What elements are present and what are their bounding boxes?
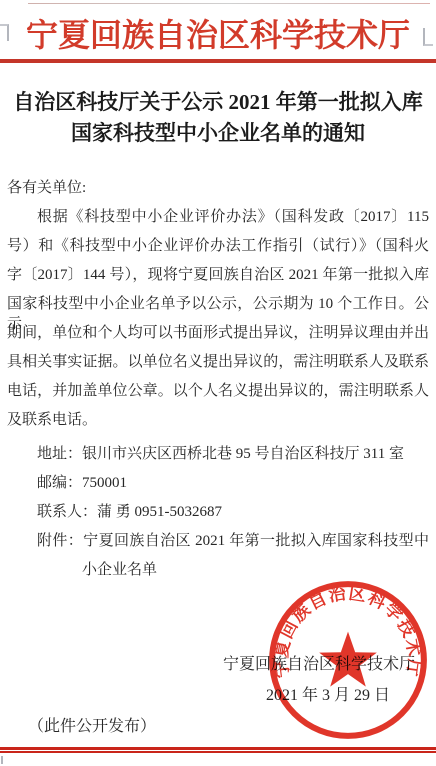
body-paragraph-line: 字〔2017〕144 号），现将宁夏回族自治区 2021 年第一批拟入库 <box>7 265 429 294</box>
footer-double-rule <box>0 747 436 753</box>
signature-org-name: 宁夏回族自治区科学技术厅 <box>0 651 436 674</box>
body-paragraph-line: 具相关事实证据。以单位名义提出异议的，需注明联系人及联系 <box>7 352 429 381</box>
attachment-line-continued: 小企业名单 <box>7 560 429 589</box>
body-paragraph-line: 号）和《科技型中小企业评价办法工作指引（试行）》（国科火 <box>7 236 429 265</box>
contact-person-line: 联系人：蒲 勇 0951-5032687 <box>7 502 429 531</box>
signature-date: 2021 年 3 月 29 日 <box>0 682 436 705</box>
contact-address-line: 地址：银川市兴庆区西桥北巷 95 号自治区科技厅 311 室 <box>7 444 429 473</box>
body-paragraph-line: 期间，单位和个人均可以书面形式提出异议，注明异议理由并出 <box>7 323 429 352</box>
public-release-note: （此件公开发布） <box>28 713 156 736</box>
document-title-line1: 自治区科技厅关于公示 2021 年第一批拟入库 <box>0 86 436 116</box>
masthead-org-name: 宁夏回族自治区科学技术厅 <box>0 10 436 56</box>
body-paragraph-line: 及联系电话。 <box>7 410 429 439</box>
document-title-line2: 国家科技型中小企业名单的通知 <box>0 117 436 147</box>
attachment-line: 附件：宁夏回族自治区 2021 年第一批拟入库国家科技型中 <box>7 531 429 560</box>
salutation: 各有关单位: <box>7 178 429 207</box>
official-document-page: 宁夏回族自治区科学技术厅 自治区科技厅关于公示 2021 年第一批拟入库 国家科… <box>0 0 436 766</box>
scan-artifact-top-line <box>28 3 430 4</box>
body-paragraph-line: 根据《科技型中小企业评价办法》（国科发政〔2017〕115 <box>7 207 429 236</box>
masthead-divider-line <box>0 59 436 63</box>
body-paragraph-line: 电话，并加盖单位公章。以个人名义提出异议的，需注明联系人 <box>7 381 429 410</box>
body-paragraph-line: 国家科技型中小企业名单予以公示，公示期为 10 个工作日。公示 <box>7 294 429 323</box>
contact-postcode-line: 邮编：750001 <box>7 473 429 502</box>
scan-artifact-bottom-mark <box>1 756 3 764</box>
